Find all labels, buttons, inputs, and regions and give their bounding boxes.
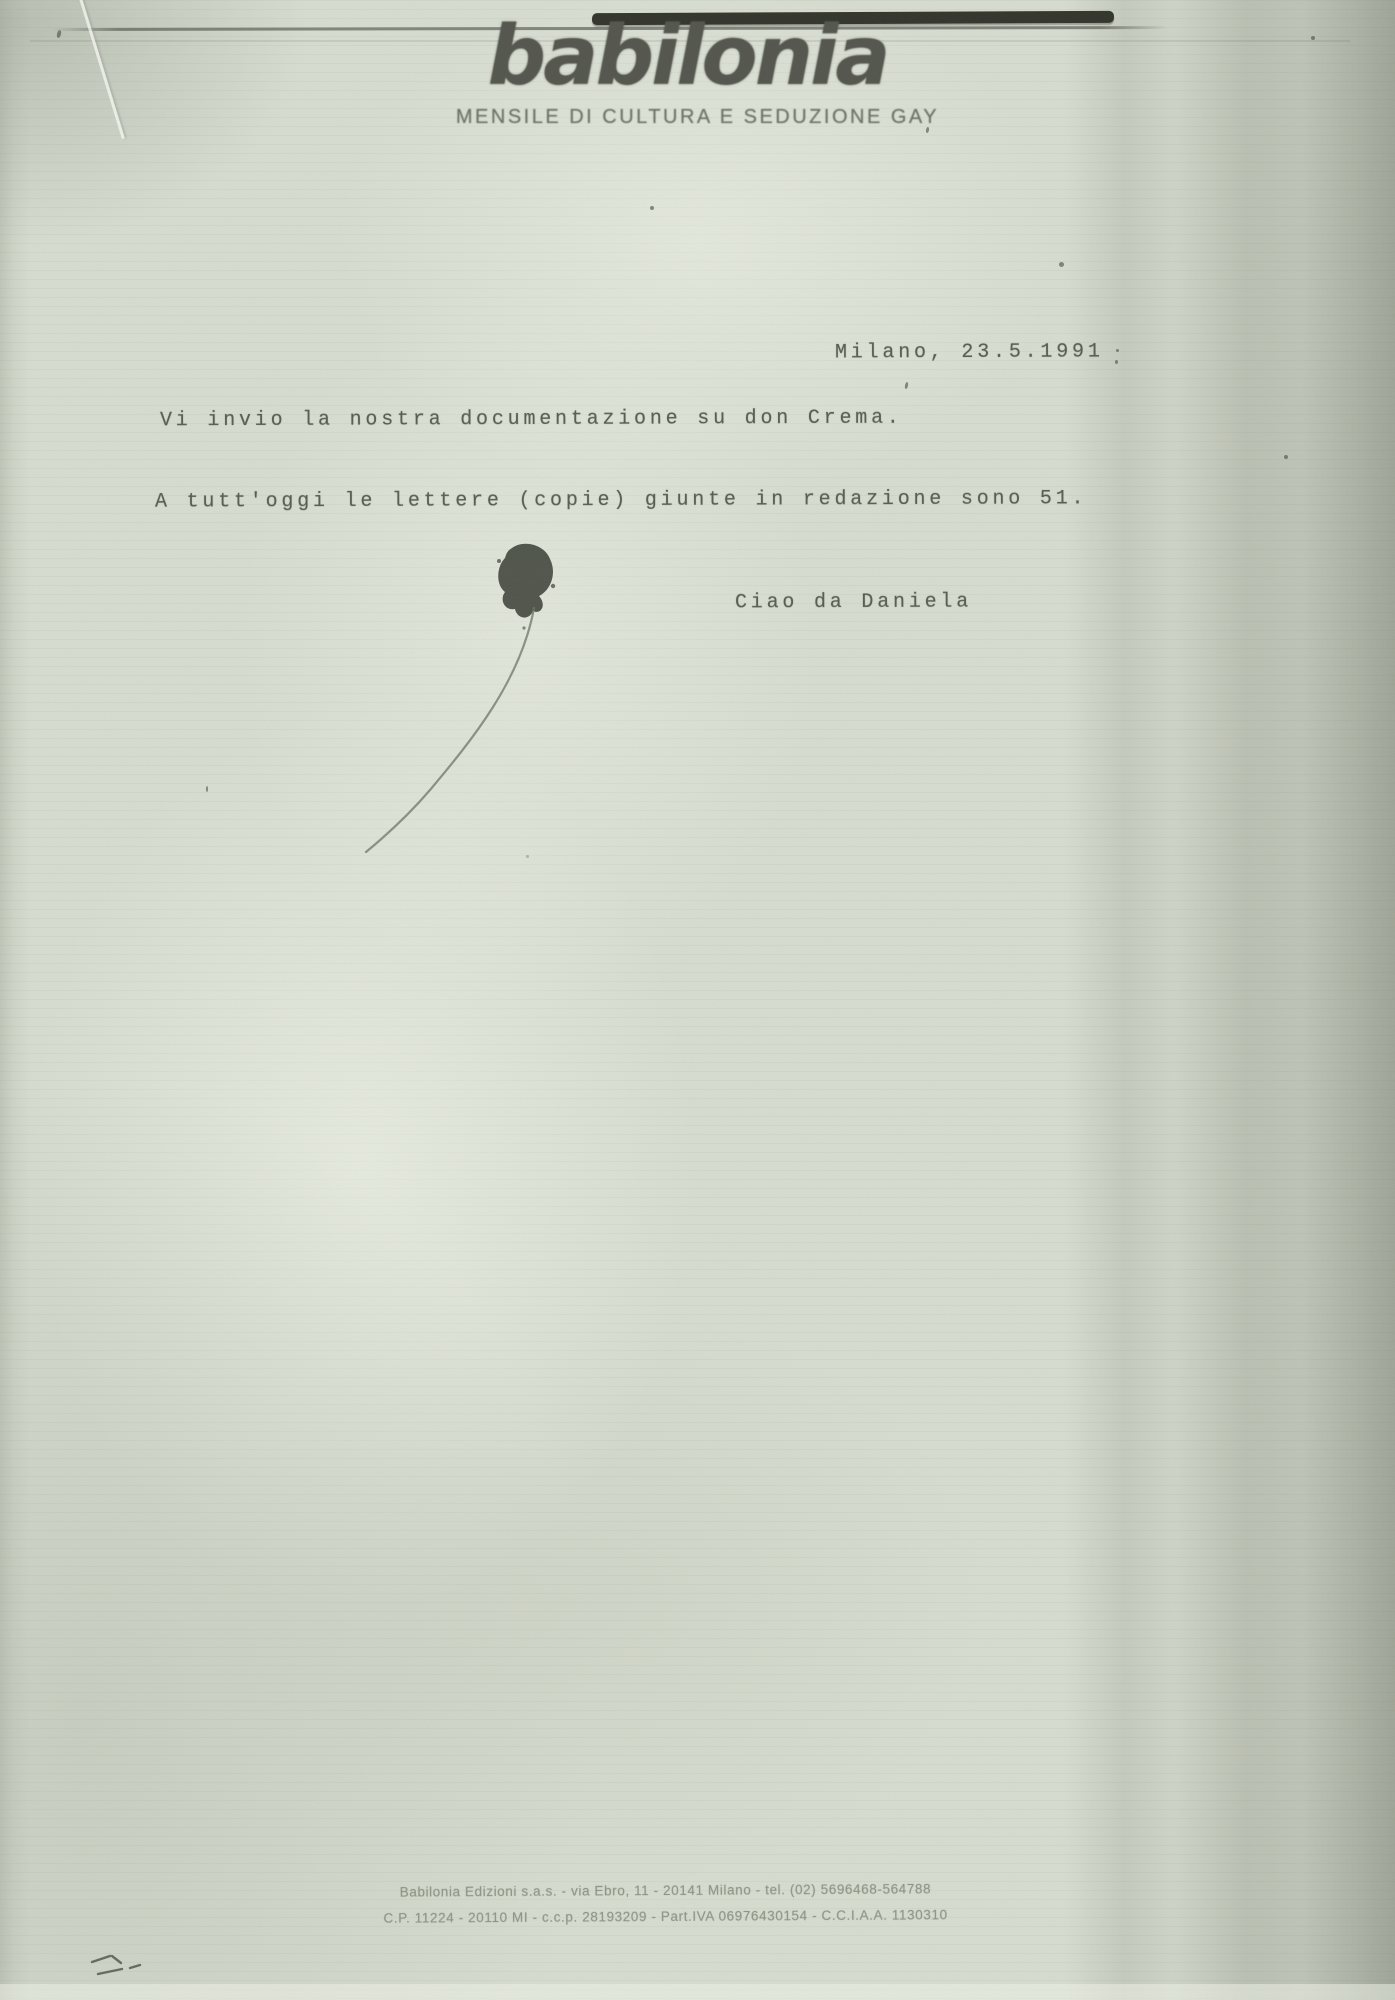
paper-grain-texture — [0, 0, 1395, 2000]
scan-speck — [650, 206, 654, 210]
scan-speck — [926, 127, 930, 133]
letter-line: Vi invio la nostra documentazione su don… — [160, 407, 903, 433]
scan-speck — [904, 382, 908, 389]
scan-speck — [1059, 262, 1064, 267]
letterhead: babilonia MENSILE DI CULTURA E SEDUZIONE… — [0, 0, 1395, 129]
pencil-scribble — [92, 1956, 140, 1974]
scanned-letter-page: babilonia MENSILE DI CULTURA E SEDUZIONE… — [0, 0, 1395, 2000]
babilonia-logo: babilonia — [0, 16, 1385, 98]
scan-shading-right — [1065, 0, 1395, 2000]
letter-line: A tutt'oggi le lettere (copie) giunte in… — [155, 487, 1087, 513]
scan-speck — [1311, 36, 1315, 40]
scan-speck — [1115, 360, 1118, 364]
scan-speck — [206, 786, 208, 792]
letterhead-footer: Babilonia Edizioni s.a.s. - via Ebro, 11… — [0, 1874, 1363, 1934]
scan-speck — [1284, 455, 1288, 459]
scan-edge-bottom — [0, 1984, 1395, 2000]
signature-line: Ciao da Daniela — [735, 591, 972, 615]
scan-speck — [526, 855, 529, 858]
letterhead-tagline: MENSILE DI CULTURA E SEDUZIONE GAY — [0, 106, 1395, 129]
ink-blot-and-scratch — [0, 0, 1395, 2000]
dateline: Milano, 23.5.1991 — [835, 341, 1104, 365]
scan-speck — [1116, 349, 1119, 352]
